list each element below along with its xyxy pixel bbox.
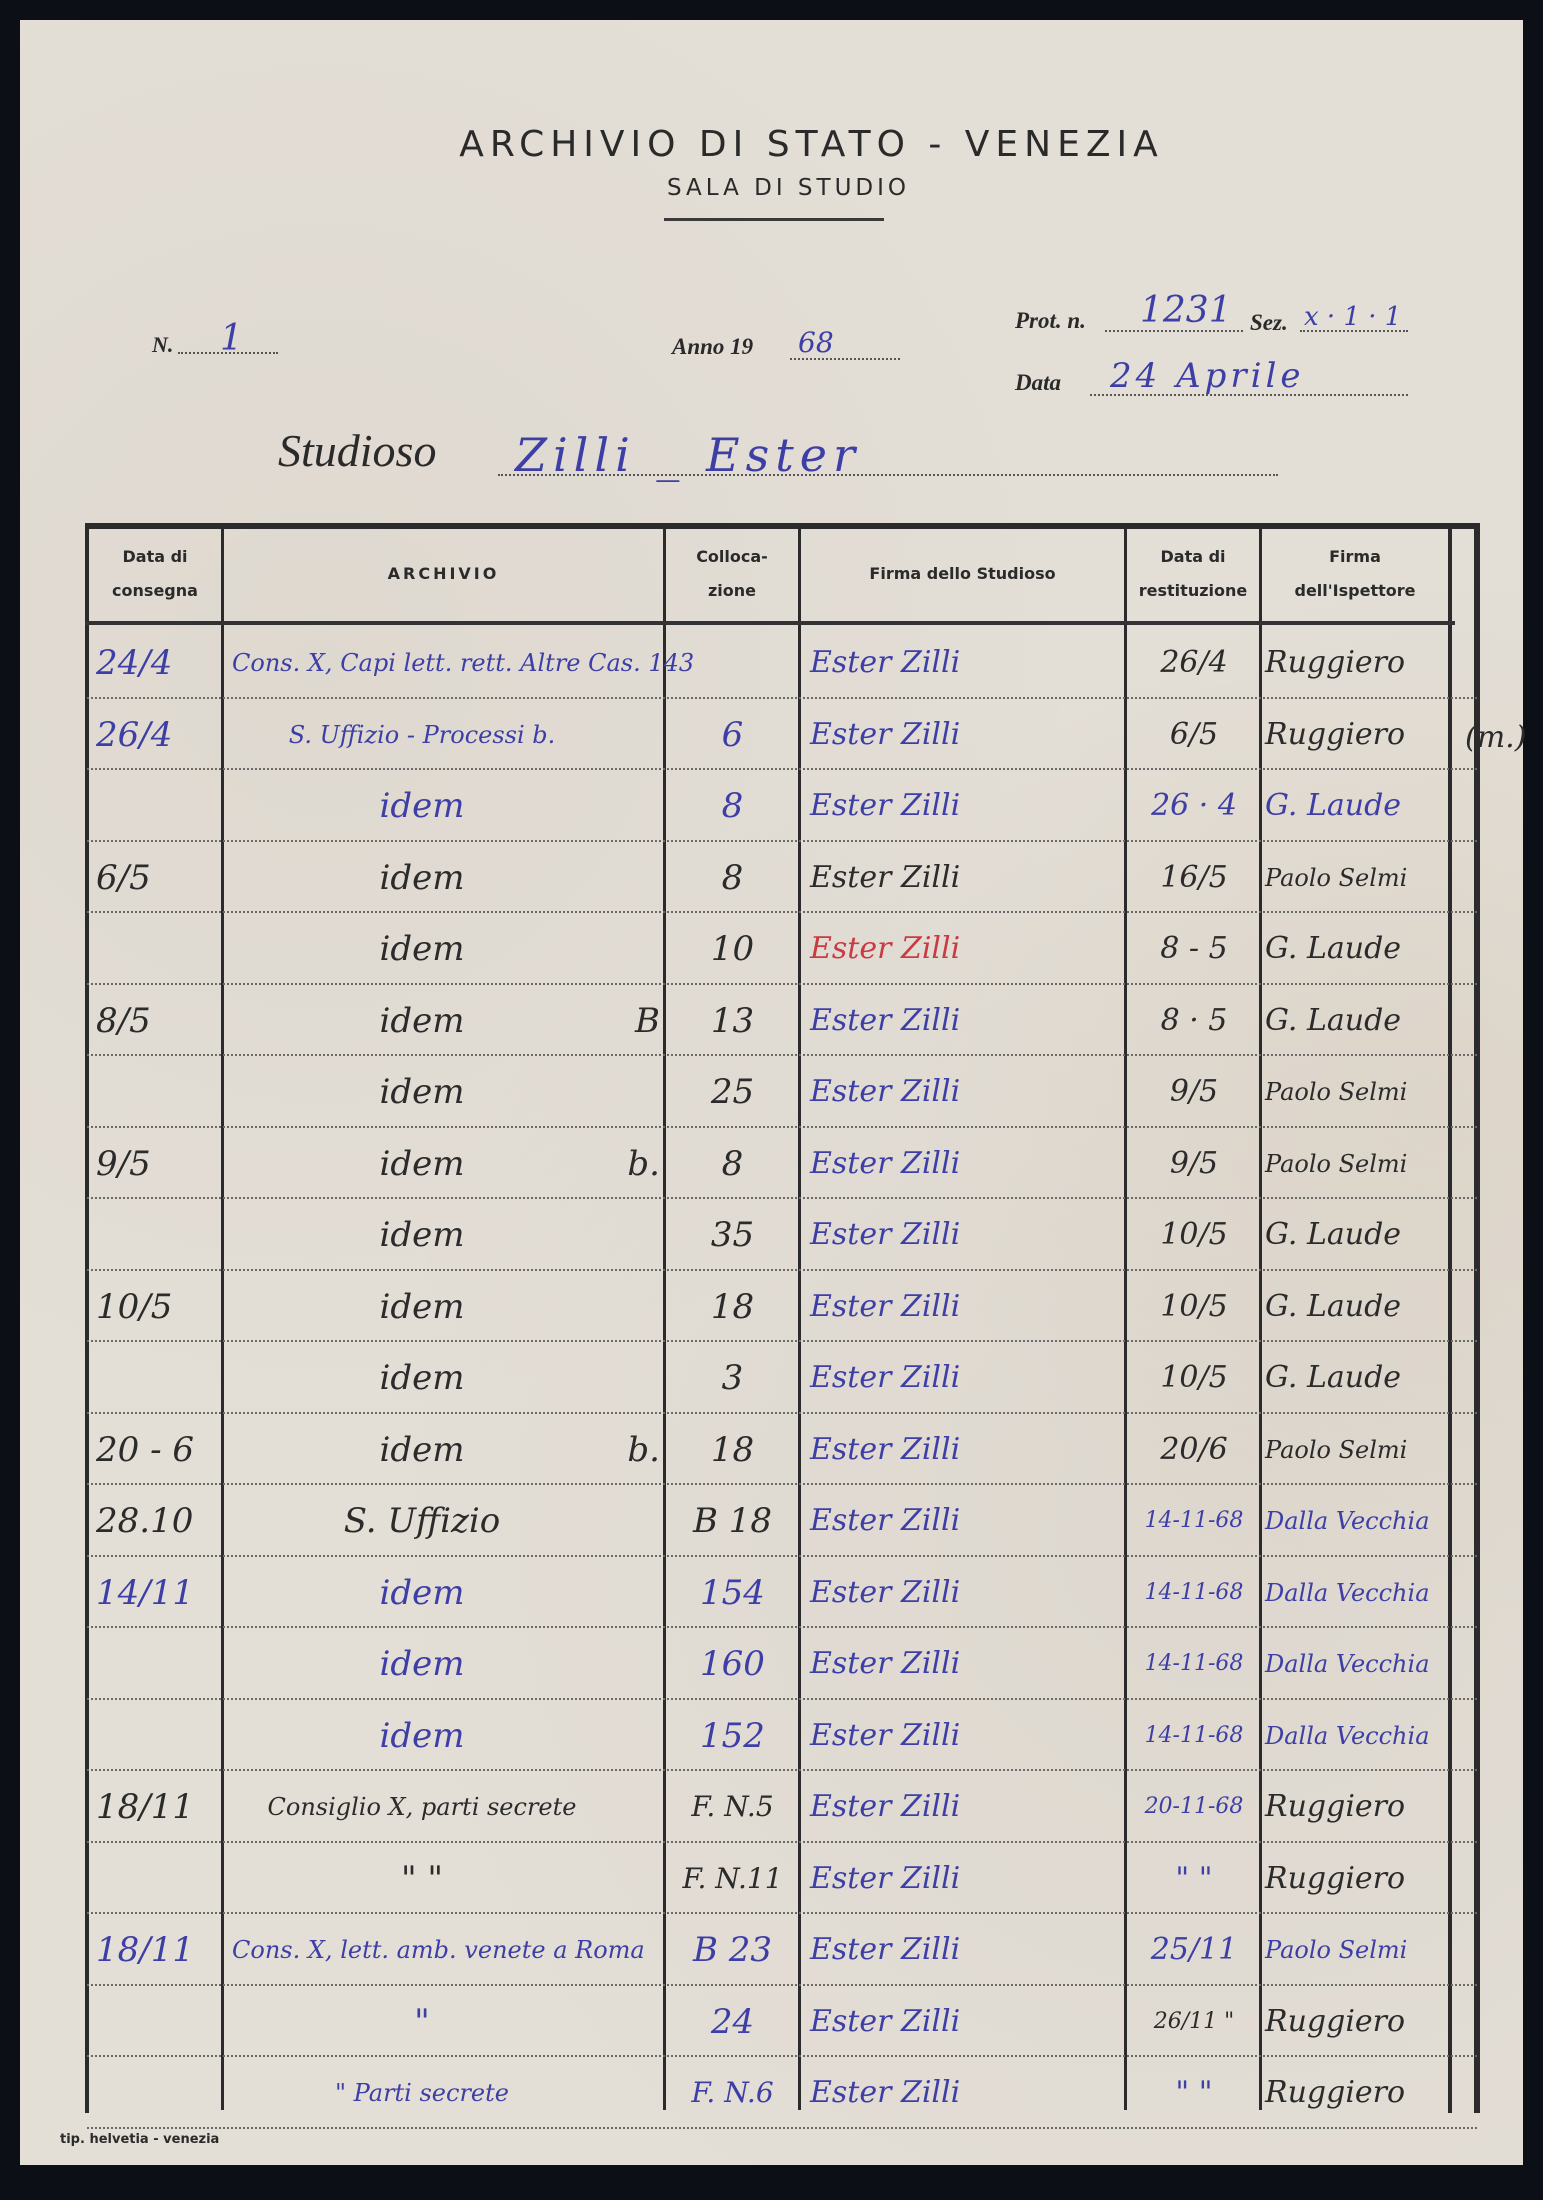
cell-archivio: idem [232, 1358, 612, 1398]
cell-firma-studioso: Ester Zilli [810, 1144, 1120, 1184]
cell-firma-studioso: Ester Zilli [810, 1859, 1120, 1899]
column-divider [1259, 523, 1262, 2110]
cell-firma-studioso: Ester Zilli [810, 1001, 1120, 1041]
cell-firma-ispettore: Paolo Selmi [1265, 1930, 1465, 1970]
cell-restituzione: 20/6 [1130, 1430, 1258, 1470]
cell-restituzione: 26/11 " [1130, 2002, 1258, 2042]
cell-consegna: 28.10 [96, 1501, 218, 1541]
cell-firma-ispettore: Paolo Selmi [1265, 1072, 1465, 1112]
cell-restituzione: 14-11-68 [1130, 1501, 1258, 1541]
cell-archivio: idem [232, 858, 612, 898]
studioso-value: Zilli _ Ester [515, 428, 861, 482]
cell-restituzione: 10/5 [1130, 1215, 1258, 1255]
cell-restituzione: 10/5 [1130, 1287, 1258, 1327]
cell-restituzione: 25/11 [1130, 1930, 1258, 1970]
cell-firma-studioso: Ester Zilli [810, 1215, 1120, 1255]
cell-firma-studioso: Ester Zilli [810, 2073, 1120, 2113]
cell-consegna: 9/5 [96, 1144, 218, 1184]
cell-collocazione: 18 [670, 1430, 795, 1470]
column-divider [798, 523, 801, 2110]
cell-collocazione: 25 [670, 1072, 795, 1112]
column-header-consegna: Data di consegna [89, 540, 221, 608]
cell-archivio: idem [232, 786, 612, 826]
studioso-label: Studioso [278, 424, 436, 477]
cell-consegna: 8/5 [96, 1001, 218, 1041]
cell-firma-ispettore: G. Laude [1265, 786, 1465, 826]
cell-consegna: 10/5 [96, 1287, 218, 1327]
cell-firma-ispettore: Dalla Vecchia [1265, 1501, 1465, 1541]
cell-collocazione: 8 [670, 786, 795, 826]
row-divider [87, 1126, 1477, 1128]
cell-firma-studioso: Ester Zilli [810, 786, 1120, 826]
cell-firma-ispettore: Ruggiero [1265, 2002, 1465, 2042]
cell-firma-studioso: Ester Zilli [810, 858, 1120, 898]
cell-collocazione: 152 [670, 1716, 795, 1756]
cell-restituzione: 14-11-68 [1130, 1644, 1258, 1684]
n-value: 1 [220, 318, 243, 359]
cell-firma-ispettore: G. Laude [1265, 929, 1465, 969]
cell-suffix: b. [610, 1144, 660, 1184]
cell-consegna: 14/11 [96, 1573, 218, 1613]
printer-imprint: tip. helvetia - venezia [60, 2132, 219, 2147]
cell-archivio: idem [232, 929, 612, 969]
cell-restituzione: " " [1130, 2073, 1258, 2113]
anno-label: Anno 19 [672, 334, 753, 360]
cell-consegna: 18/11 [96, 1930, 218, 1970]
cell-archivio: idem [232, 1644, 612, 1684]
cell-archivio: idem [232, 1215, 612, 1255]
cell-collocazione: 160 [670, 1644, 795, 1684]
row-divider [87, 1769, 1477, 1771]
cell-collocazione: 8 [670, 1144, 795, 1184]
archive-subtitle: SALA DI STUDIO [20, 175, 1523, 201]
row-divider [87, 983, 1477, 985]
column-header-archivio: ARCHIVIO [224, 557, 663, 591]
cell-collocazione: F. N.6 [670, 2073, 795, 2113]
cell-archivio: " Parti secrete [232, 2073, 612, 2113]
row-divider [87, 1912, 1477, 1914]
cell-firma-ispettore: Ruggiero [1265, 1787, 1465, 1827]
cell-firma-studioso: Ester Zilli [810, 715, 1120, 755]
row-divider [87, 1054, 1477, 1056]
cell-archivio: Cons. X, lett. amb. venete a Roma [232, 1930, 612, 1970]
row-divider [87, 1555, 1477, 1557]
row-divider [87, 2127, 1477, 2129]
cell-collocazione: B 23 [670, 1930, 795, 1970]
cell-firma-ispettore: Ruggiero [1265, 1859, 1465, 1899]
cell-restituzione: 20-11-68 [1130, 1787, 1258, 1827]
row-divider [87, 1340, 1477, 1342]
cell-firma-studioso: Ester Zilli [810, 1072, 1120, 1112]
cell-archivio: idem [232, 1430, 612, 1470]
cell-archivio: S. Uffizio - Processi b. [232, 715, 612, 755]
cell-suffix: b. [610, 1430, 660, 1470]
cell-firma-studioso: Ester Zilli [810, 1573, 1120, 1613]
margin-note: (m.) [1465, 720, 1526, 755]
cell-firma-studioso: Ester Zilli [810, 929, 1120, 969]
cell-restituzione: 9/5 [1130, 1072, 1258, 1112]
cell-collocazione: 3 [670, 1358, 795, 1398]
cell-firma-studioso: Ester Zilli [810, 2002, 1120, 2042]
data-value: 24 Aprile [1110, 356, 1305, 396]
cell-firma-ispettore: G. Laude [1265, 1215, 1465, 1255]
row-divider [87, 768, 1477, 770]
cell-restituzione: 16/5 [1130, 858, 1258, 898]
cell-collocazione: 24 [670, 2002, 795, 2042]
cell-firma-ispettore: Dalla Vecchia [1265, 1573, 1465, 1613]
cell-firma-ispettore: Ruggiero [1265, 2073, 1465, 2113]
cell-collocazione: 13 [670, 1001, 795, 1041]
row-divider [87, 1269, 1477, 1271]
column-header-collocazione: Colloca- zione [666, 540, 798, 608]
cell-consegna: 26/4 [96, 715, 218, 755]
cell-archivio: " " [232, 1859, 612, 1899]
cell-consegna: 24/4 [96, 643, 218, 683]
cell-collocazione: 18 [670, 1287, 795, 1327]
cell-restituzione: 10/5 [1130, 1358, 1258, 1398]
cell-firma-ispettore: Paolo Selmi [1265, 1430, 1465, 1470]
cell-restituzione: 9/5 [1130, 1144, 1258, 1184]
cell-restituzione: 14-11-68 [1130, 1573, 1258, 1613]
cell-collocazione: 6 [670, 715, 795, 755]
cell-archivio: Consiglio X, parti secrete [232, 1787, 612, 1827]
cell-collocazione: 35 [670, 1215, 795, 1255]
cell-collocazione: 8 [670, 858, 795, 898]
cell-firma-studioso: Ester Zilli [810, 1501, 1120, 1541]
cell-firma-ispettore: G. Laude [1265, 1287, 1465, 1327]
cell-archivio: idem [232, 1716, 612, 1756]
sez-label: Sez. [1250, 310, 1288, 336]
cell-archivio: idem [232, 1287, 612, 1327]
cell-firma-studioso: Ester Zilli [810, 1358, 1120, 1398]
cell-firma-ispettore: Dalla Vecchia [1265, 1644, 1465, 1684]
cell-restituzione: 8 - 5 [1130, 929, 1258, 969]
cell-archivio: idem [232, 1144, 612, 1184]
cell-restituzione: 6/5 [1130, 715, 1258, 755]
cell-collocazione: F. N.5 [670, 1787, 795, 1827]
cell-collocazione: 154 [670, 1573, 795, 1613]
cell-firma-ispettore: G. Laude [1265, 1358, 1465, 1398]
cell-firma-studioso: Ester Zilli [810, 1787, 1120, 1827]
cell-archivio: Cons. X, Capi lett. rett. Altre Cas. 143 [232, 643, 612, 683]
cell-firma-ispettore: Ruggiero [1265, 643, 1465, 683]
cell-restituzione: 8 · 5 [1130, 1001, 1258, 1041]
row-divider [87, 1412, 1477, 1414]
cell-archivio: idem [232, 1001, 612, 1041]
row-divider [87, 1626, 1477, 1628]
row-divider [87, 697, 1477, 699]
cell-firma-studioso: Ester Zilli [810, 1644, 1120, 1684]
cell-collocazione: F. N.11 [670, 1859, 795, 1899]
register-card: ARCHIVIO DI STATO - VENEZIA SALA DI STUD… [20, 20, 1523, 2165]
column-header-firma-ispettore: Firma dell'Ispettore [1262, 540, 1448, 608]
cell-firma-studioso: Ester Zilli [810, 1716, 1120, 1756]
column-header-restituzione: Data di restituzione [1127, 540, 1259, 608]
cell-restituzione: " " [1130, 1859, 1258, 1899]
column-header-firma-studioso: Firma dello Studioso [801, 557, 1124, 591]
column-divider [663, 523, 666, 2110]
cell-archivio: S. Uffizio [232, 1501, 612, 1541]
cell-firma-studioso: Ester Zilli [810, 643, 1120, 683]
cell-firma-ispettore: Ruggiero [1265, 715, 1465, 755]
cell-archivio: " [232, 2002, 612, 2042]
cell-firma-ispettore: G. Laude [1265, 1001, 1465, 1041]
cell-restituzione: 14-11-68 [1130, 1716, 1258, 1756]
cell-collocazione: 10 [670, 929, 795, 969]
cell-firma-ispettore: Paolo Selmi [1265, 858, 1465, 898]
row-divider [87, 1197, 1477, 1199]
cell-collocazione: B 18 [670, 1501, 795, 1541]
prot-label: Prot. n. [1015, 308, 1086, 334]
sez-value: x · 1 · 1 [1304, 302, 1401, 332]
cell-restituzione: 26/4 [1130, 643, 1258, 683]
column-divider [221, 523, 224, 2110]
cell-archivio: idem [232, 1072, 612, 1112]
cell-archivio: idem [232, 1573, 612, 1613]
archive-title: ARCHIVIO DI STATO - VENEZIA [20, 124, 1523, 165]
cell-consegna: 18/11 [96, 1787, 218, 1827]
row-divider [87, 1698, 1477, 1700]
cell-firma-studioso: Ester Zilli [810, 1430, 1120, 1470]
cell-firma-studioso: Ester Zilli [810, 1287, 1120, 1327]
cell-firma-studioso: Ester Zilli [810, 1930, 1120, 1970]
row-divider [87, 911, 1477, 913]
header-rule [85, 621, 1455, 625]
cell-suffix: B [610, 1001, 660, 1041]
row-divider [87, 2055, 1477, 2057]
title-divider [664, 218, 884, 221]
n-label: N. [152, 332, 173, 358]
row-divider [87, 1841, 1477, 1843]
column-divider [1124, 523, 1127, 2110]
cell-restituzione: 26 · 4 [1130, 786, 1258, 826]
cell-consegna: 20 - 6 [96, 1430, 218, 1470]
row-divider [87, 1984, 1477, 1986]
cell-consegna: 6/5 [96, 858, 218, 898]
cell-firma-ispettore: Paolo Selmi [1265, 1144, 1465, 1184]
anno-value: 68 [798, 326, 834, 359]
row-divider [87, 840, 1477, 842]
row-divider [87, 1483, 1477, 1485]
cell-firma-ispettore: Dalla Vecchia [1265, 1716, 1465, 1756]
prot-value: 1231 [1140, 290, 1232, 331]
data-label: Data [1015, 370, 1061, 396]
